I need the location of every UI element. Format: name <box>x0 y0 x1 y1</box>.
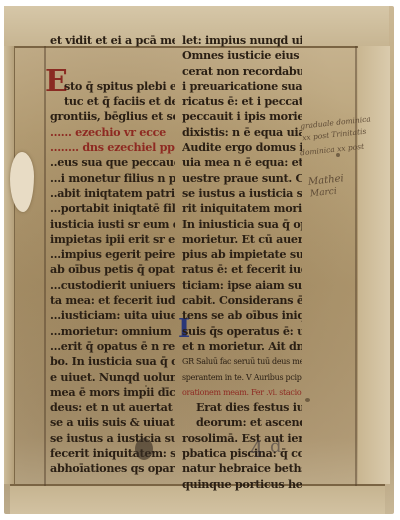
text-line: ..eus sua que peccaueit <box>50 155 175 170</box>
text-line: ...portabit iniqtatē filij <box>50 201 175 216</box>
text-line: morietur. Et cū auerterit se i <box>182 232 302 247</box>
rubric-line: ........ dns ezechiel pphē <box>50 140 175 155</box>
ink-spot <box>305 398 310 402</box>
text-line: ...iusticiam: uita uiuet et <box>50 308 175 323</box>
text-line: i preuaricatione sua q̄ preua <box>182 79 302 94</box>
text-line: cerat non recordabuntur: <box>182 64 302 79</box>
text-line: sperantem in te. V Auribus pcipe orē <box>182 370 302 385</box>
left-margin <box>4 46 15 484</box>
text-line: let: impius nunqd uiuet? <box>182 33 302 48</box>
text-line: GR Saluū fac seruū tuū deus me <box>182 354 302 369</box>
text-line: et vidit et ei a pcā mea psālo <box>50 33 175 48</box>
ink-stain <box>135 438 153 460</box>
ink-spot <box>145 385 147 387</box>
text-line <box>50 64 175 79</box>
text-line: deus: et n ut auertat <box>50 400 175 415</box>
rubric-line: orationem meam. Fer .vi. stacio <box>182 385 302 400</box>
text-line: ...i monetur filius n por <box>50 171 175 186</box>
text-line: ...impius egerit peirentiā <box>50 247 175 262</box>
text-line: ticiam: ipse aiam suam uiuifi <box>182 278 302 293</box>
ruling-line-right <box>355 46 357 486</box>
text-line: rit iniquitatem morietur in eis. <box>182 201 302 216</box>
text-line: sto q̄ spitus plebi ezā <box>50 79 175 94</box>
ruling-line-left <box>44 46 46 486</box>
text-line: Erat dies festus iu <box>182 400 302 415</box>
pencil-mark: 4 <box>250 438 264 463</box>
text-line: peccauit i ipis morietur. Et <box>182 109 302 124</box>
text-line: rosolimā. Est aut ierosolimis <box>182 431 302 446</box>
text-line: impietas ipii erit sr eū <box>50 232 175 247</box>
text-line: tens se ab oībus iniqtatibus <box>182 308 302 323</box>
text-line: abhoīationes qs opari so <box>50 461 175 476</box>
text-line: deorum: et ascendit ihc in ie <box>182 415 302 430</box>
text-line: In iniusticia sua q̄ operatus ē <box>182 217 302 232</box>
text-line: ...custodierit uniuersa pcep <box>50 278 175 293</box>
text-line: cabit. Considerans ē et auer <box>182 293 302 308</box>
text-line: ta mea: et fecerit iuditiū <box>50 293 175 308</box>
text-line: Omnes iusticie eius q̄s fe <box>182 48 302 63</box>
text-line: fecerit iniquitatem: s'm oēs <box>50 446 175 461</box>
rubric-line: ...... ezechio vr ecce <box>50 125 175 140</box>
text-line: pbatica piscina: q̄ cognomi <box>182 446 302 461</box>
text-line: uestre praue sunt. Cum ē auerterit <box>182 171 302 186</box>
text-line: ..abit iniqtatem patris: et <box>50 186 175 201</box>
left-text-column: et vidit et ei a pcā mea psālo sto q̄ sp… <box>50 33 175 477</box>
text-line: Audite ergo domus isrl: nunqd <box>182 140 302 155</box>
text-line: quinque porticus hens. In his <box>182 477 302 492</box>
pencil-mark: d <box>270 436 282 457</box>
right-text-column: let: impius nunqd uiuet? Omnes iusticie … <box>182 33 302 492</box>
text-line: suis q̄s operatus ē: uita uiuet <box>182 324 302 339</box>
text-line: se a uiis suis & uiuat. Si aut auerterit <box>50 415 175 430</box>
text-line: tuc et q̄ faciis et de <box>50 94 175 109</box>
text-line: dixistis: n ē equa uia dni. <box>182 125 302 140</box>
text-line: ratus ē: et fecerit iuditiū et ius <box>182 262 302 277</box>
text-line: ...morietur: omnium iniqtatū <box>50 324 175 339</box>
text-line: ricatus ē: et i peccato suo quod <box>182 94 302 109</box>
text-line: uia mea n ē equa: et n magis uie <box>182 155 302 170</box>
text-line <box>50 48 175 63</box>
text-line: e uiuet. Nunqd uoluntas <box>50 370 175 385</box>
text-line: grontiis, bēglius et sone <box>50 109 175 124</box>
text-line: bo. In iusticia sua q̄ opatus <box>50 354 175 369</box>
ink-spot <box>336 153 340 157</box>
right-margin <box>358 46 390 484</box>
text-line: ...erit q̄ opatus ē n recordab <box>50 339 175 354</box>
text-line: mea ē mors impii dīc dns <box>50 385 175 400</box>
text-line: se iustus a iusticia sua et fece <box>182 186 302 201</box>
text-line: iusticia iusti sr eum erit <box>50 217 175 232</box>
text-line: pius ab impietate sua q̄ ope <box>182 247 302 262</box>
text-line: ab oībus petis q̄ opatus e: <box>50 262 175 277</box>
text-line: natur hebraice bethsaida: <box>182 461 302 476</box>
text-line: et n morietur. Ait dns oīps <box>182 339 302 354</box>
text-line: se iustus a iusticia sua: et <box>50 431 175 446</box>
